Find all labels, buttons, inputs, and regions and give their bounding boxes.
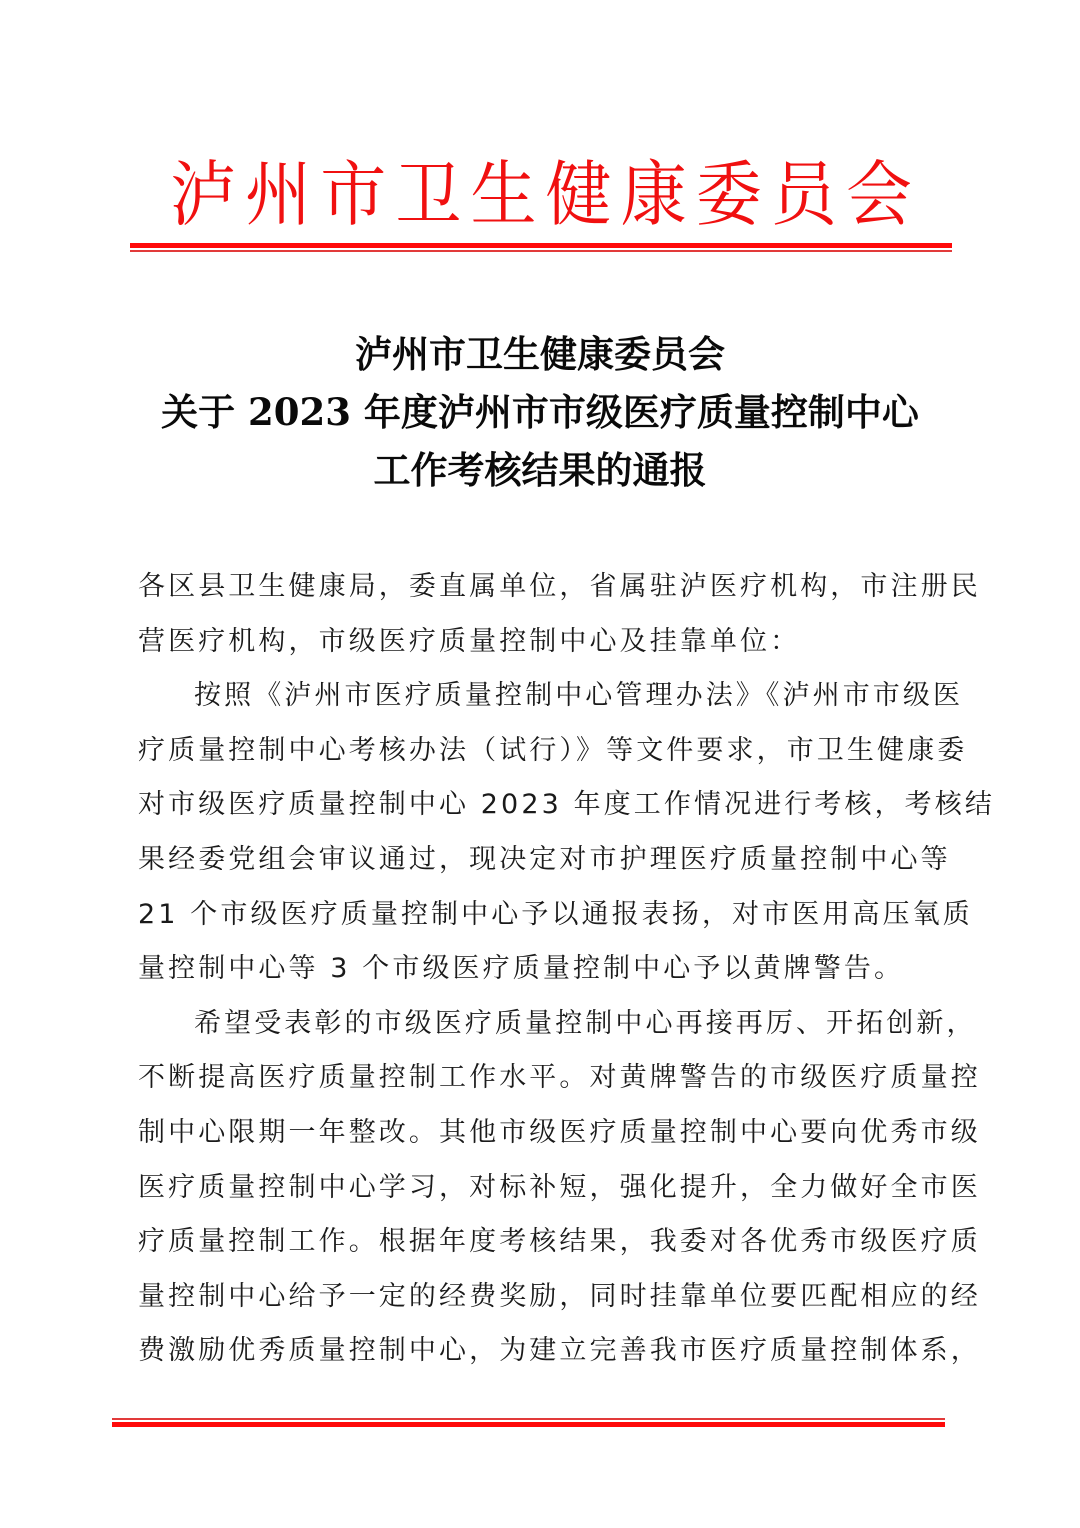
masthead-divider-thin — [130, 250, 952, 252]
paragraph-2-line: 不断提高医疗质量控制工作水平。对黄牌警告的市级医疗质量控 — [138, 1051, 938, 1106]
footer-divider-thin — [112, 1418, 945, 1420]
salutation-line: 营医疗机构，市级医疗质量控制中心及挂靠单位： — [138, 615, 938, 670]
masthead-char: 康 — [621, 152, 687, 238]
masthead-char: 会 — [846, 152, 912, 238]
masthead-divider-thick — [130, 243, 952, 248]
paragraph-2-line: 医疗质量控制中心学习，对标补短，强化提升，全力做好全市医 — [138, 1161, 938, 1216]
title-line-subject-cont: 工作考核结果的通报 — [100, 441, 980, 499]
paragraph-1-line: 疗质量控制中心考核办法（试行）》等文件要求，市卫生健康委 — [138, 724, 938, 779]
paragraph-2-line: 费激励优秀质量控制中心，为建立完善我市医疗质量控制体系， — [138, 1324, 938, 1379]
paragraph-1-line: 量控制中心等 3 个市级医疗质量控制中心予以黄牌警告。 — [138, 942, 938, 997]
masthead-char: 泸 — [170, 152, 236, 238]
footer-divider-thick — [112, 1422, 945, 1427]
masthead-char: 州 — [245, 152, 311, 238]
masthead-char: 市 — [320, 152, 386, 238]
masthead-char: 卫 — [395, 152, 461, 238]
paragraph-1-line: 对市级医疗质量控制中心 2023 年度工作情况进行考核，考核结 — [138, 778, 938, 833]
title-line-issuer: 泸州市卫生健康委员会 — [100, 325, 980, 383]
document-title: 泸州市卫生健康委员会 关于 2023 年度泸州市市级医疗质量控制中心 工作考核结… — [100, 325, 980, 499]
paragraph-1-line: 果经委党组会审议通过，现决定对市护理医疗质量控制中心等 — [138, 833, 938, 888]
document-body: 各区县卫生健康局，委直属单位，省属驻泸医疗机构，市注册民 营医疗机构，市级医疗质… — [138, 560, 938, 1379]
masthead-char: 员 — [771, 152, 837, 238]
paragraph-2-line: 希望受表彰的市级医疗质量控制中心再接再厉、开拓创新， — [138, 997, 938, 1052]
paragraph-2-line: 量控制中心给予一定的经费奖励，同时挂靠单位要匹配相应的经 — [138, 1270, 938, 1325]
title-line-subject: 关于 2023 年度泸州市市级医疗质量控制中心 — [100, 383, 980, 441]
paragraph-2-line: 疗质量控制工作。根据年度考核结果，我委对各优秀市级医疗质 — [138, 1215, 938, 1270]
salutation-line: 各区县卫生健康局，委直属单位，省属驻泸医疗机构，市注册民 — [138, 560, 938, 615]
paragraph-2-line: 制中心限期一年整改。其他市级医疗质量控制中心要向优秀市级 — [138, 1106, 938, 1161]
masthead-char: 健 — [546, 152, 612, 238]
paragraph-1-line: 按照《泸州市医疗质量控制中心管理办法》《泸州市市级医 — [138, 669, 938, 724]
document-page: 泸 州 市 卫 生 健 康 委 员 会 泸州市卫生健康委员会 关于 2023 年… — [0, 0, 1080, 1528]
masthead-char: 生 — [470, 152, 536, 238]
paragraph-1-line: 21 个市级医疗质量控制中心予以通报表扬，对市医用高压氧质 — [138, 888, 938, 943]
masthead-char: 委 — [696, 152, 762, 238]
red-masthead: 泸 州 市 卫 生 健 康 委 员 会 — [130, 150, 950, 240]
